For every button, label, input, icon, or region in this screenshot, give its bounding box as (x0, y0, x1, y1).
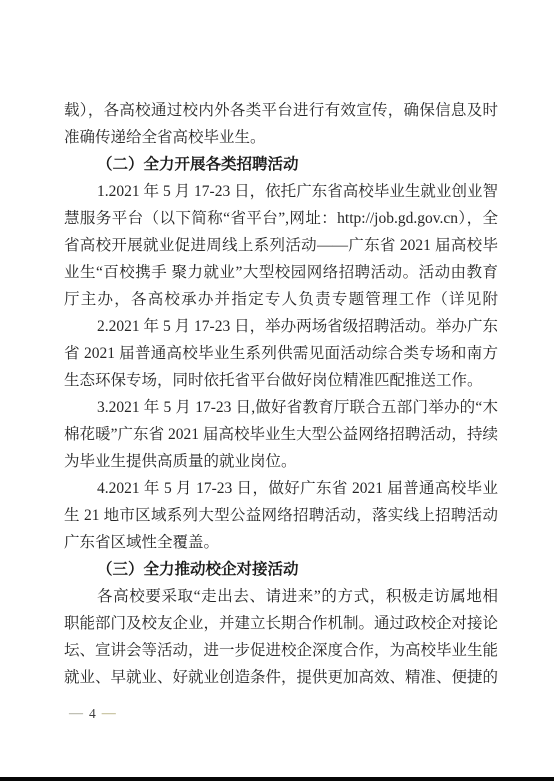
text-line: 职能部门及校友企业，并建立长期合作机制。通过政校企对接论 (64, 610, 498, 637)
text-line: 生态环保专场，同时依托省平台做好岗位精准匹配推送工作。 (64, 367, 498, 394)
text-line: 1.2021 年 5 月 17-23 日，依托广东省高校毕业生就业创业智 (64, 178, 498, 205)
text-line: 就业、早就业、好就业创造条件，提供更加高效、精准、便捷的 (64, 664, 498, 691)
text-line: 4.2021 年 5 月 17-23 日，做好广东省 2021 届普通高校毕业 (64, 475, 498, 502)
document-body: 载），各高校通过校内外各类平台进行有效宣传，确保信息及时 准确传递给全省高校毕业… (64, 97, 498, 691)
page-number-dash-left: — (69, 706, 83, 722)
text-line: 厅主办，各高校承办并指定专人负责专题管理工作（详见附件）。 (64, 286, 498, 313)
text-line: 2.2021 年 5 月 17-23 日，举办两场省级招聘活动。举办广东 (64, 313, 498, 340)
text-line: 广东省区域性全覆盖。 (64, 529, 498, 556)
text-line: 3.2021 年 5 月 17-23 日,做好省教育厅联合五部门举办的“木 (64, 394, 498, 421)
page-number-value: 4 (89, 706, 96, 722)
text-line: 准确传递给全省高校毕业生。 (64, 124, 498, 151)
text-line: 为毕业生提供高质量的就业岗位。 (64, 448, 498, 475)
page-number: — 4 — (69, 702, 116, 726)
section-heading: （三）全力推动校企对接活动 (64, 556, 498, 583)
text-line: 棉花暖”广东省 2021 届高校毕业生大型公益网络招聘活动，持续 (64, 421, 498, 448)
text-line: 业生“百校携手 聚力就业”大型校园网络招聘活动。活动由教育 (64, 259, 498, 286)
text-line: 省高校开展就业促进周线上系列活动——广东省 2021 届高校毕 (64, 232, 498, 259)
page-number-dash-right: — (102, 706, 116, 722)
text-line: 载），各高校通过校内外各类平台进行有效宣传，确保信息及时 (64, 97, 498, 124)
section-heading: （二）全力开展各类招聘活动 (64, 151, 498, 178)
text-line: 省 2021 届普通高校毕业生系列供需见面活动综合类专场和南方 (64, 340, 498, 367)
text-line: 各高校要采取“走出去、请进来”的方式，积极走访属地相关 (64, 583, 498, 610)
text-line: 慧服务平台（以下简称“省平台”,网址：http://job.gd.gov.cn）… (64, 205, 498, 232)
document-page: 载），各高校通过校内外各类平台进行有效宣传，确保信息及时 准确传递给全省高校毕业… (0, 0, 554, 781)
scan-edge-bar (0, 777, 554, 781)
text-line: 生 21 地市区域系列大型公益网络招聘活动，落实线上招聘活动 (64, 502, 498, 529)
text-line: 坛、宣讲会等活动，进一步促进校企深度合作，为高校毕业生能 (64, 637, 498, 664)
